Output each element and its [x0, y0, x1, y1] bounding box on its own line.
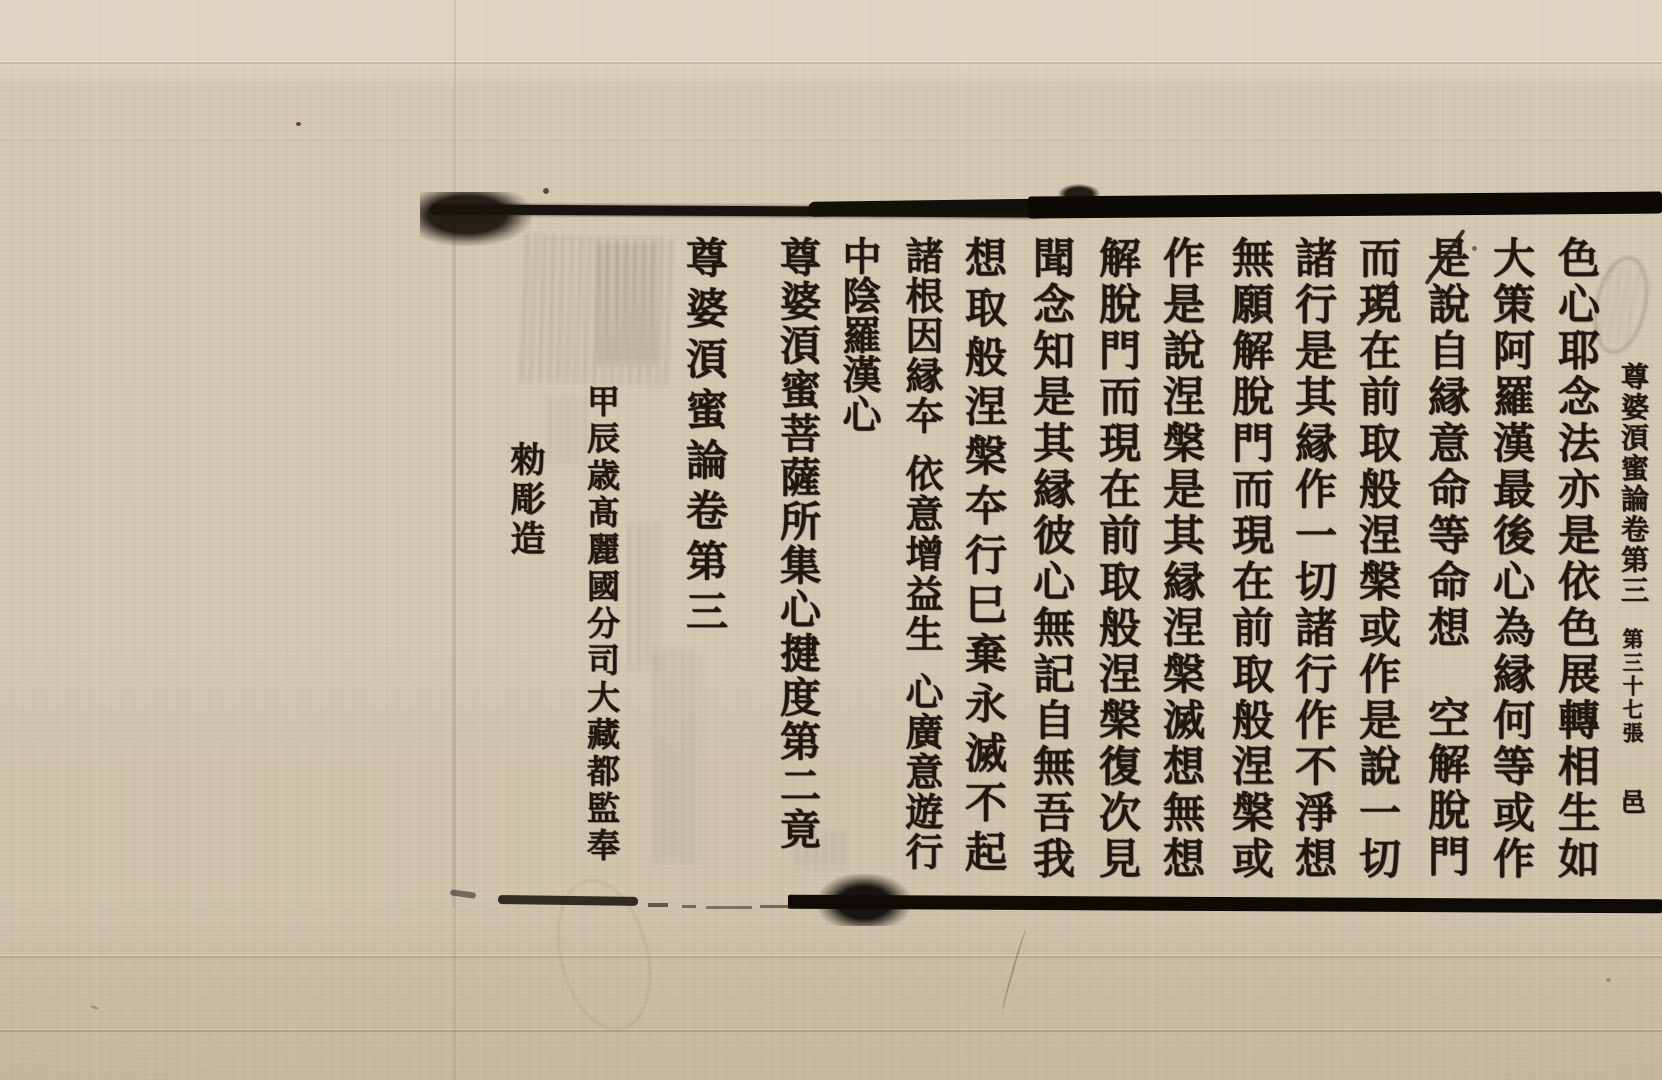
bottom-rule-dash [760, 905, 790, 908]
column-gap [1444, 652, 1446, 696]
column-3-text: 說自縁意命等命想 [1422, 282, 1468, 652]
text-column-10: 想取般涅槃夲行巳棄永滅不起 [956, 236, 1008, 880]
stain-ring [543, 870, 666, 1041]
bottom-rule-fragment [498, 895, 638, 906]
text-column-12: 中陰羅漢心 [832, 236, 884, 434]
margin-leaf-number: 第三十七張 [1600, 628, 1652, 746]
struck-character: 是 [1422, 236, 1468, 282]
text-column-8: 解脫門而現在前取般涅槃復次見 [1090, 236, 1142, 883]
fold-line [0, 140, 1662, 141]
top-rule [808, 198, 1080, 217]
fold-line [0, 61, 1662, 64]
top-rule-blob [420, 192, 532, 246]
text-column-3: 是說自縁意命等命想空解脫門 [1419, 236, 1471, 881]
verse-gap [919, 654, 921, 672]
paper-fiber [1001, 929, 1029, 1011]
text-column-5: 諸行是其縁作一切諸行作不淨想 [1286, 236, 1338, 883]
bottom-rule-dash [706, 906, 752, 909]
bottom-rule [788, 895, 1662, 914]
ink-ghost [654, 648, 700, 863]
bottom-rule-dash [682, 905, 696, 908]
top-rule-bump [1058, 184, 1100, 204]
manuscript-page: 尊婆湏蜜論卷第三 第三十七張 邑 色心耶念法亦是依色展轉相生如 大策阿羅漢最後心… [0, 0, 1662, 1080]
paper-speck [1606, 978, 1611, 982]
text-column-7: 作是說涅槃是其縁涅槃滅想無想 [1154, 236, 1206, 883]
paper-shading [0, 0, 1662, 1080]
text-column-1: 色心耶念法亦是依色展轉相生如 [1549, 236, 1601, 883]
paper-speck [543, 188, 549, 194]
ink-ghost [598, 242, 656, 364]
ink-ghost [628, 522, 660, 670]
text-column-9: 聞念知是其縁彼心無記自無吾我 [1024, 236, 1076, 883]
paper-texture [0, 0, 1662, 1080]
text-column-11-verse: 諸根因縁夲依意增益生心廣意遊行 [894, 236, 946, 872]
text-column-4: 而現在前取般涅槃或作是說一切 [1350, 236, 1402, 883]
struck-character: 現 [1353, 282, 1399, 328]
fold-line [0, 955, 1662, 958]
verse-line-3: 心廣意遊行 [899, 672, 941, 872]
colophon-date-line: 甲辰歳髙麗國分司大藏都監奉 [570, 384, 622, 865]
bottom-rule-dash [648, 903, 668, 907]
fold-line [0, 1029, 1662, 1032]
bottom-rule-fragment [450, 889, 477, 899]
colophon-edict-line: 勑彫造 [496, 441, 548, 560]
sheet-edge-crease [452, 195, 455, 907]
text-column-14-end-title: 尊婆湏蜜論卷第三 [677, 236, 729, 640]
ink-ghost [520, 233, 673, 386]
column-4-lead: 而 [1353, 236, 1399, 282]
ink-ghost [1598, 266, 1642, 344]
column-3-text-2: 空解脫門 [1422, 696, 1468, 881]
paper-speck [1472, 246, 1477, 251]
margin-volume-title: 尊婆湏蜜論卷第三 [1603, 362, 1655, 606]
verse-line-2: 依意增益生 [899, 454, 941, 654]
top-rule [1028, 192, 1662, 219]
margin-siglum: 邑 [1601, 789, 1653, 814]
verse-gap [919, 436, 921, 454]
paper-speck [296, 122, 301, 126]
verse-line-1: 諸根因縁夲 [899, 236, 941, 436]
column-4-text: 在前取般涅槃或作是說一切 [1353, 328, 1399, 882]
bottom-rule-blob [818, 874, 910, 926]
paper-speck [90, 1005, 99, 1011]
top-rule [430, 204, 1042, 217]
text-column-2: 大策阿羅漢最後心為縁何等或作 [1484, 236, 1536, 883]
sheet-edge-crease [454, 0, 456, 1080]
text-column-13-chapter-end: 尊婆湏蜜菩薩所集心揵度第二竟 [771, 236, 823, 852]
text-column-6: 無願解脫門而現在前取般涅槃或 [1223, 236, 1275, 883]
